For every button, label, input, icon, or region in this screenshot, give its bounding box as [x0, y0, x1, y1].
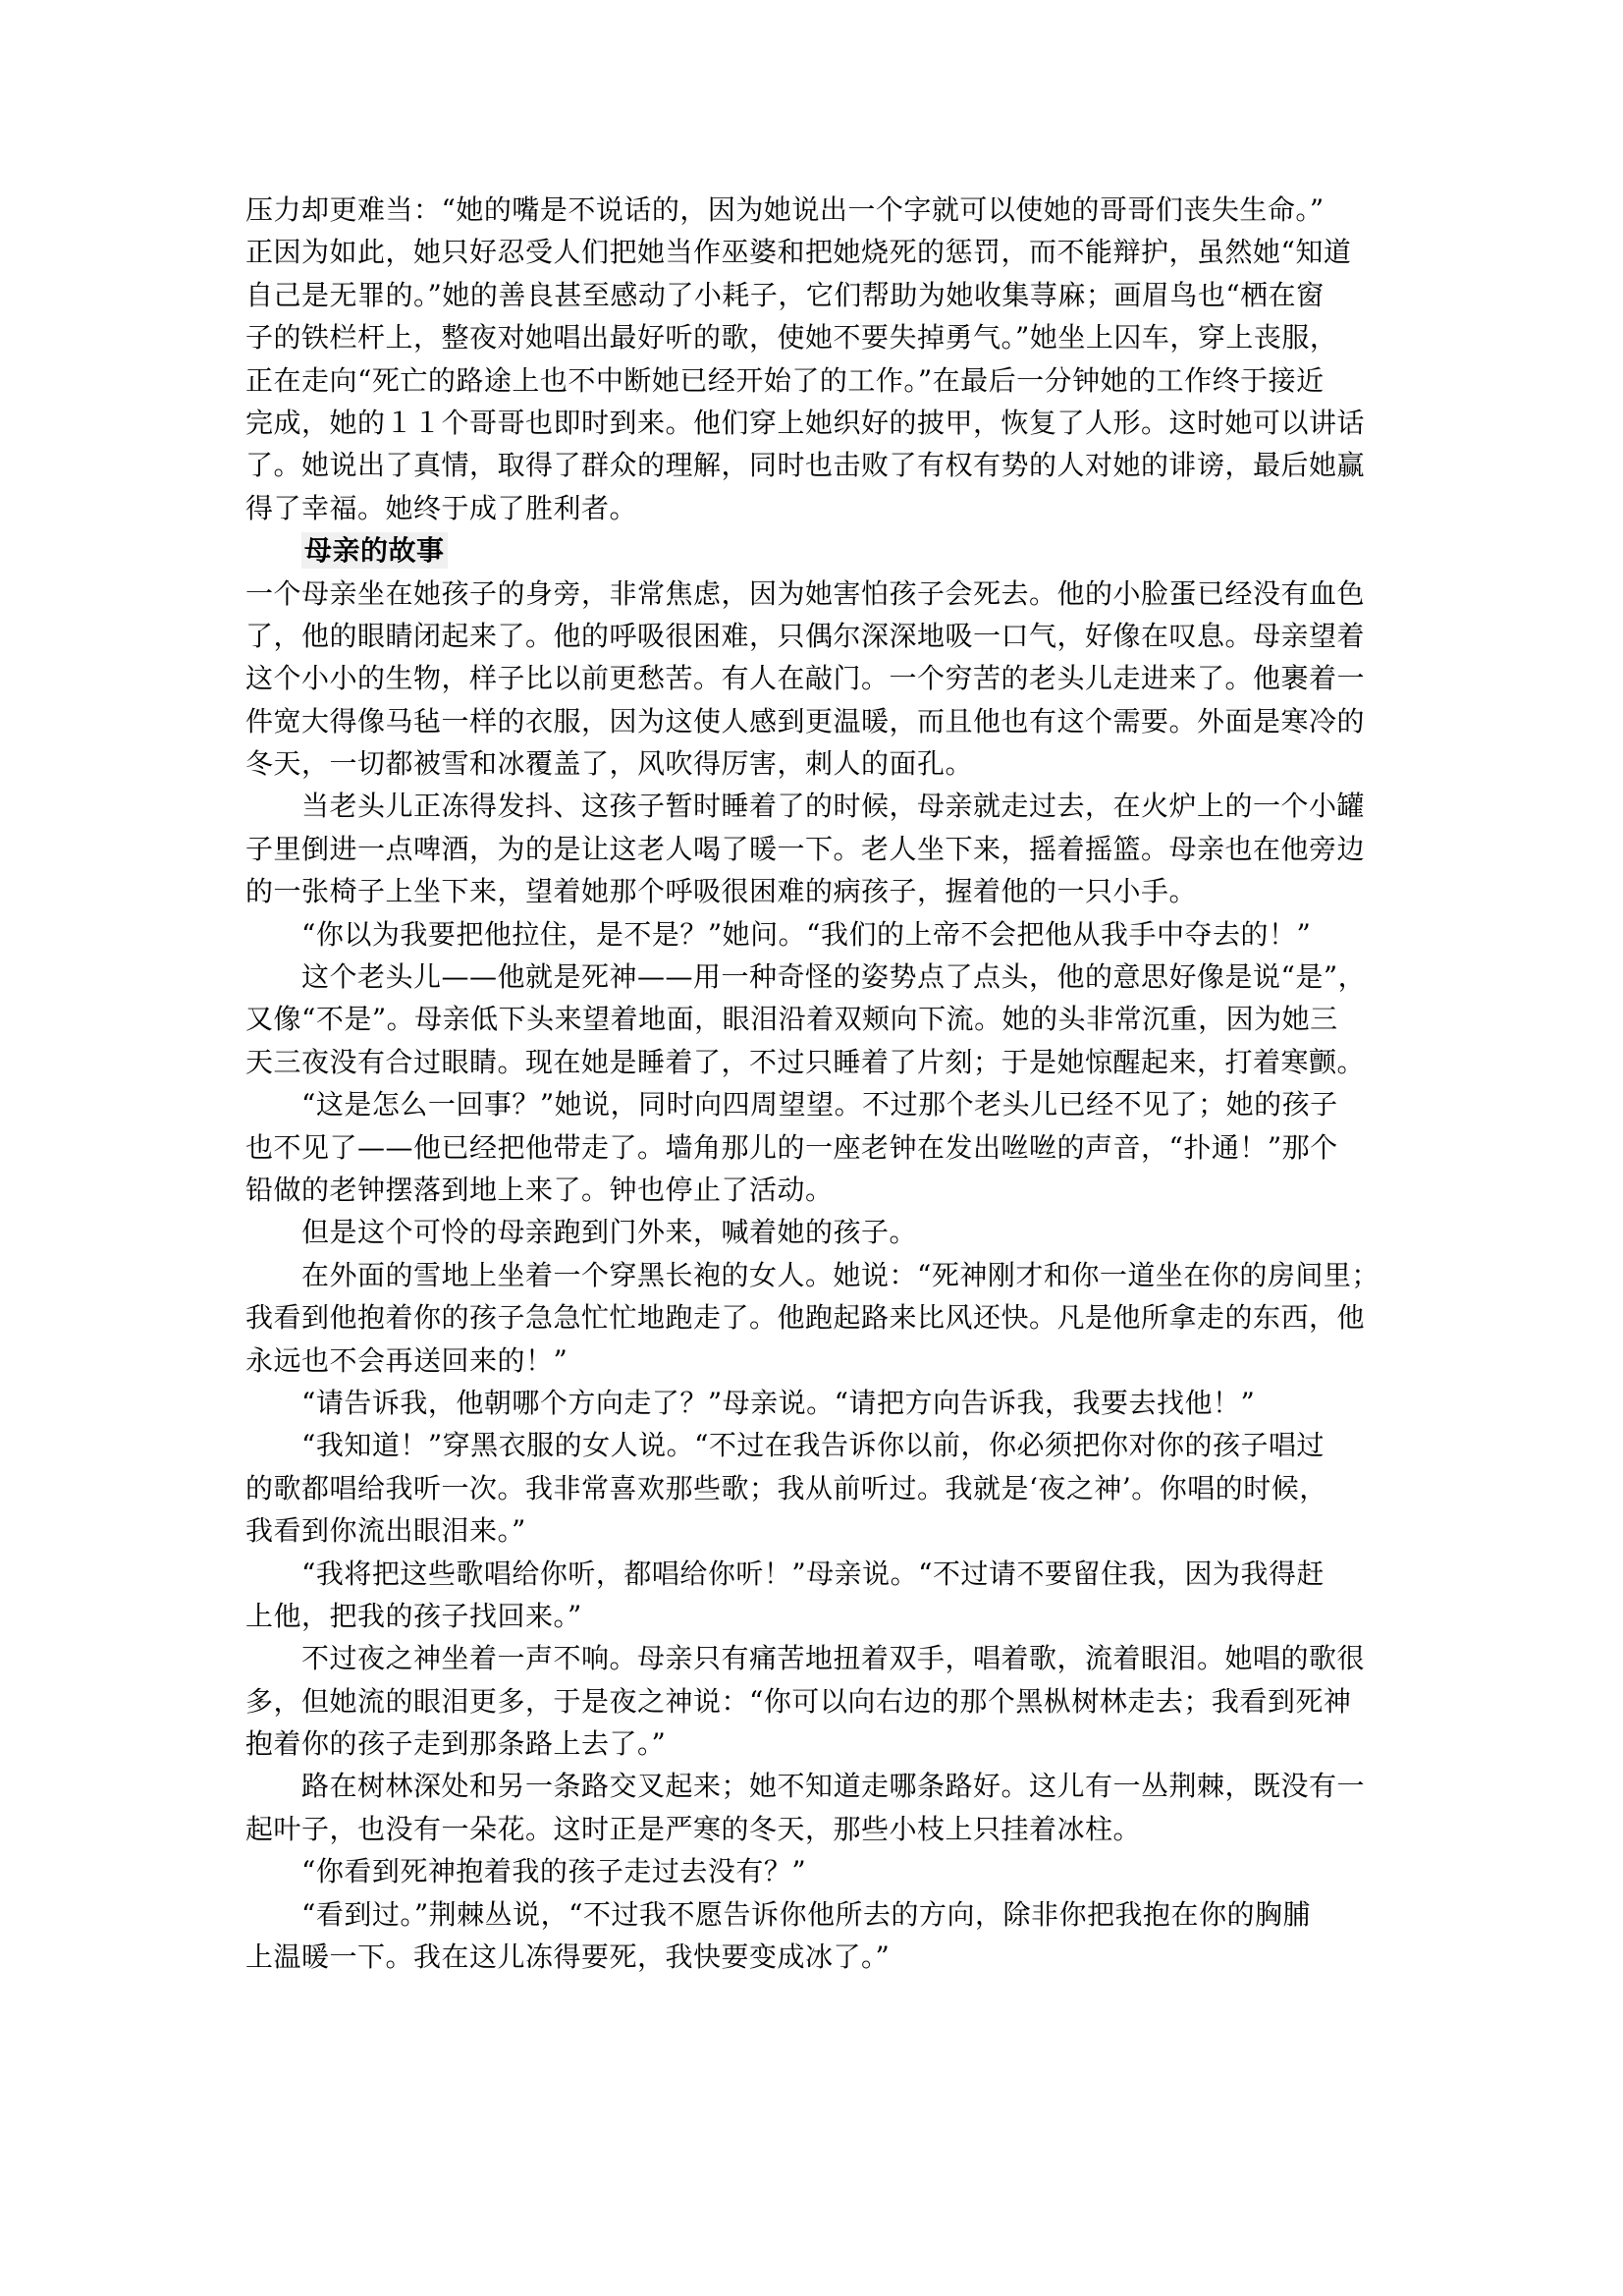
text-line: “看到过。”荆棘丛说，“不过我不愿告诉你他所去的方向，除非你把我抱在你的胸脯	[245, 1893, 1394, 1936]
text-line: 完成，她的１１个哥哥也即时到来。他们穿上她织好的披甲，恢复了人形。这时她可以讲话	[245, 402, 1394, 444]
text-line: 上他，把我的孩子找回来。”	[245, 1595, 1394, 1637]
text-line: “这是怎么一回事？”她说，同时向四周望望。不过那个老头儿已经不见了；她的孩子	[245, 1083, 1394, 1125]
text-line: 上温暖一下。我在这儿冻得要死，我快要变成冰了。”	[245, 1936, 1394, 1978]
text-line: 也不见了——他已经把他带走了。墙角那儿的一座老钟在发出咝咝的声音，“扑通！”那个	[245, 1126, 1394, 1169]
text-line: 件宽大得像马毡一样的衣服，因为这使人感到更温暖，而且他也有这个需要。外面是寒冷的	[245, 700, 1394, 742]
text-line: 压力却更难当：“她的嘴是不说话的，因为她说出一个字就可以使她的哥哥们丧失生命。”	[245, 189, 1394, 231]
text-line: 子里倒进一点啤酒，为的是让这老人喝了暖一下。老人坐下来，摇着摇篮。母亲也在他旁边	[245, 828, 1394, 870]
section-heading: 母亲的故事	[245, 529, 1394, 572]
text-line: 天三夜没有合过眼睛。现在她是睡着了，不过只睡着了片刻；于是她惊醒起来，打着寒颤。	[245, 1041, 1394, 1083]
text-line: 的一张椅子上坐下来，望着她那个呼吸很困难的病孩子，握着他的一只小手。	[245, 870, 1394, 912]
text-line: 这个老头儿——他就是死神——用一种奇怪的姿势点了点头，他的意思好像是说“是”，	[245, 956, 1394, 998]
text-line: 冬天，一切都被雪和冰覆盖了，风吹得厉害，刺人的面孔。	[245, 742, 1394, 785]
text-line: 我看到他抱着你的孩子急急忙忙地跑走了。他跑起路来比风还快。凡是他所拿走的东西，他	[245, 1296, 1394, 1339]
text-line: 路在树林深处和另一条路交叉起来；她不知道走哪条路好。这儿有一丛荆棘，既没有一	[245, 1765, 1394, 1807]
text-line: 不过夜之神坐着一声不响。母亲只有痛苦地扭着双手，唱着歌，流着眼泪。她唱的歌很	[245, 1637, 1394, 1679]
document-page: 压力却更难当：“她的嘴是不说话的，因为她说出一个字就可以使她的哥哥们丧失生命。”…	[0, 0, 1623, 2296]
text-line: 当老头儿正冻得发抖、这孩子暂时睡着了的时候，母亲就走过去，在火炉上的一个小罐	[245, 785, 1394, 827]
text-line: 得了幸福。她终于成了胜利者。	[245, 487, 1394, 529]
text-line: “你以为我要把他拉住，是不是？”她问。“我们的上帝不会把他从我手中夺去的！”	[245, 913, 1394, 956]
document-text: 压力却更难当：“她的嘴是不说话的，因为她说出一个字就可以使她的哥哥们丧失生命。”…	[245, 189, 1394, 1978]
text-line: 抱着你的孩子走到那条路上去了。”	[245, 1722, 1394, 1765]
text-line: “我将把这些歌唱给你听，都唱给你听！”母亲说。“不过请不要留住我，因为我得赶	[245, 1553, 1394, 1595]
text-line: 多，但她流的眼泪更多，于是夜之神说：“你可以向右边的那个黑枞树林走去；我看到死神	[245, 1680, 1394, 1722]
text-line: 子的铁栏杆上，整夜对她唱出最好听的歌，使她不要失掉勇气。”她坐上囚车，穿上丧服，	[245, 316, 1394, 358]
text-line: “我知道！”穿黑衣服的女人说。“不过在我告诉你以前，你必须把你对你的孩子唱过	[245, 1424, 1394, 1466]
text-line: “你看到死神抱着我的孩子走过去没有？”	[245, 1850, 1394, 1892]
text-line: 正在走向“死亡的路途上也不中断她已经开始了的工作。”在最后一分钟她的工作终于接近	[245, 359, 1394, 402]
text-line: 铅做的老钟摆落到地上来了。钟也停止了活动。	[245, 1169, 1394, 1211]
text-line: 的歌都唱给我听一次。我非常喜欢那些歌；我从前听过。我就是‘夜之神’。你唱的时候，	[245, 1467, 1394, 1509]
text-line: 又像“不是”。母亲低下头来望着地面，眼泪沿着双颊向下流。她的头非常沉重，因为她三	[245, 998, 1394, 1040]
text-line: 在外面的雪地上坐着一个穿黑长袍的女人。她说：“死神刚才和你一道坐在你的房间里；	[245, 1254, 1394, 1296]
text-line: 了。她说出了真情，取得了群众的理解，同时也击败了有权有势的人对她的诽谤，最后她赢	[245, 444, 1394, 486]
text-line: 但是这个可怜的母亲跑到门外来，喊着她的孩子。	[245, 1211, 1394, 1253]
text-line: “请告诉我，他朝哪个方向走了？”母亲说。“请把方向告诉我，我要去找他！”	[245, 1382, 1394, 1424]
text-line: 永远也不会再送回来的！”	[245, 1339, 1394, 1382]
text-line: 自己是无罪的。”她的善良甚至感动了小耗子，它们帮助为她收集荨麻；画眉鸟也“栖在窗	[245, 274, 1394, 316]
text-line: 一个母亲坐在她孩子的身旁，非常焦虑，因为她害怕孩子会死去。他的小脸蛋已经没有血色	[245, 573, 1394, 615]
text-line: 这个小小的生物，样子比以前更愁苦。有人在敲门。一个穷苦的老头儿走进来了。他裹着一	[245, 657, 1394, 699]
section-heading-highlight: 母亲的故事	[301, 532, 448, 569]
text-line: 我看到你流出眼泪来。”	[245, 1509, 1394, 1552]
text-line: 正因为如此，她只好忍受人们把她当作巫婆和把她烧死的惩罚，而不能辩护，虽然她“知道	[245, 231, 1394, 273]
text-line: 了，他的眼睛闭起来了。他的呼吸很困难，只偶尔深深地吸一口气，好像在叹息。母亲望着	[245, 615, 1394, 657]
text-line: 起叶子，也没有一朵花。这时正是严寒的冬天，那些小枝上只挂着冰柱。	[245, 1808, 1394, 1850]
